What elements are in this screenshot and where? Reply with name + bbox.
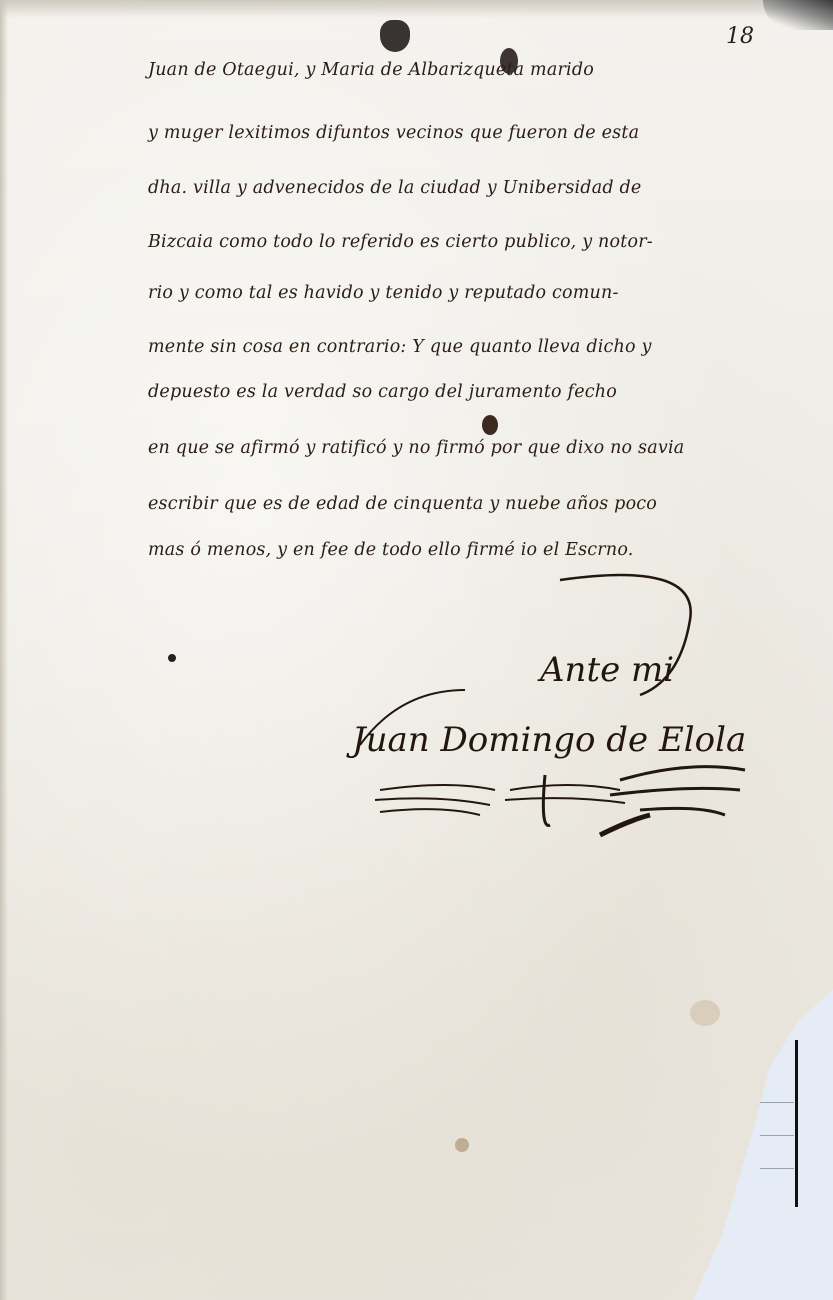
signature-flourish-icon	[0, 0, 833, 1300]
manuscript-page: 18 Juan de Otaegui, y Maria de Albarizqu…	[0, 0, 833, 1300]
backing-ruler-line	[795, 1040, 798, 1207]
backing-grid-lines	[760, 1070, 794, 1200]
